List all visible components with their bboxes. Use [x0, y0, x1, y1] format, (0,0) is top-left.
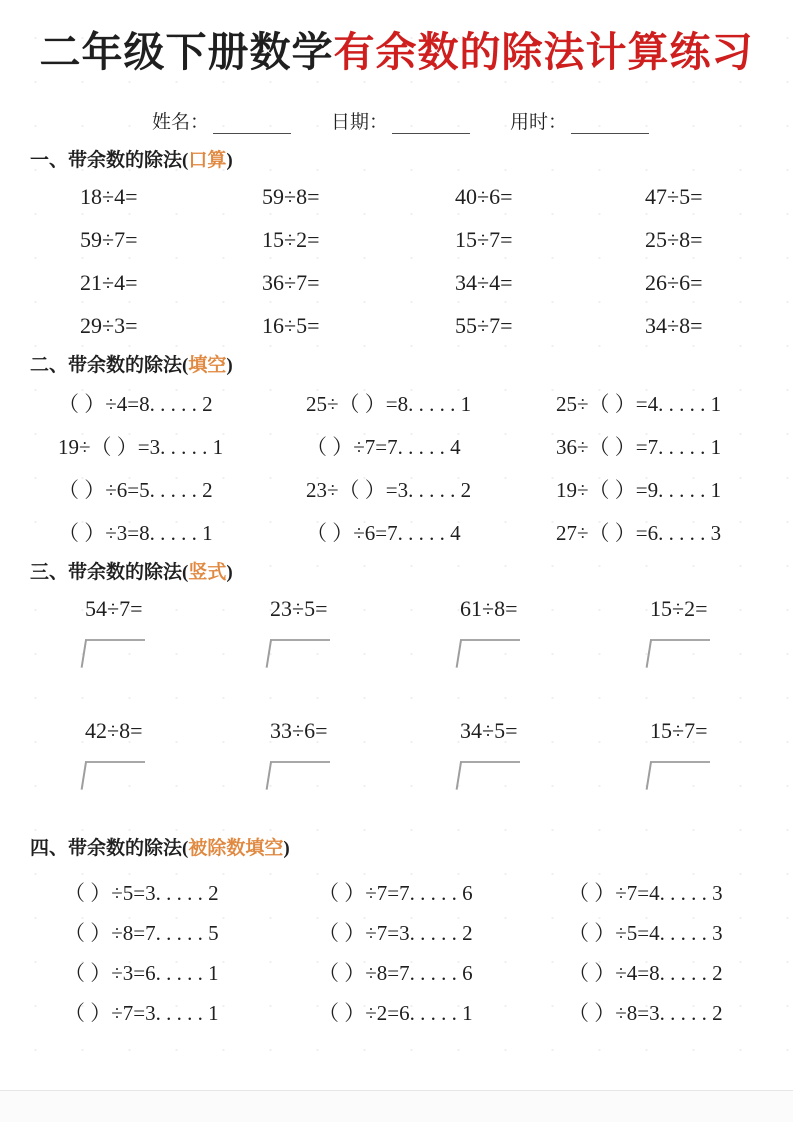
worksheet-title: 二年级下册数学有余数的除法计算练习: [0, 26, 793, 78]
section-2-heading-text: 二、带余数的除法(: [30, 355, 188, 376]
date-label: 日期：: [331, 112, 388, 134]
section-1-problems: 18÷4= 59÷8= 40÷6= 47÷5= 59÷7= 15÷2= 15÷7…: [80, 184, 793, 339]
math-expression: （ ）÷6=5. . . . . 2: [58, 477, 306, 503]
math-expression: （ ）÷5=4. . . . . 3: [568, 920, 793, 946]
name-label: 姓名：: [152, 112, 209, 134]
math-expression: 27÷（ ）=6. . . . . 3: [556, 520, 793, 546]
math-expression: （ ）÷2=6. . . . . 1: [318, 1000, 568, 1026]
math-expression: 15÷7=: [650, 718, 793, 744]
section-2-heading-close: ): [226, 355, 232, 376]
math-expression: 47÷5=: [645, 184, 793, 210]
section-3-heading-accent: 竖式: [188, 562, 226, 583]
vertical-form-cell: 34÷5=: [460, 718, 650, 790]
math-expression: 33÷6=: [270, 718, 460, 744]
math-expression: 61÷8=: [460, 596, 650, 622]
section-3-heading: 三、带余数的除法(竖式): [30, 562, 793, 584]
math-expression: 55÷7=: [455, 313, 645, 339]
math-expression: 42÷8=: [85, 718, 270, 744]
section-1-heading-accent: 口算: [188, 150, 226, 171]
math-expression: 23÷（ ）=3. . . . . 2: [306, 477, 556, 503]
math-expression: （ ）÷6=7. . . . . 4: [306, 520, 556, 546]
worksheet-page: 二年级下册数学有余数的除法计算练习 姓名： 日期： 用时： 一、带余数的除法(口…: [0, 0, 793, 1122]
section-2-heading: 二、带余数的除法(填空): [30, 355, 793, 377]
math-expression: 19÷（ ）=9. . . . . 1: [556, 477, 793, 503]
math-expression: 15÷7=: [455, 227, 645, 253]
section-3-heading-close: ): [226, 562, 232, 583]
math-expression: （ ）÷3=8. . . . . 1: [58, 520, 306, 546]
date-field: 日期：: [331, 112, 470, 134]
math-expression: 34÷4=: [455, 270, 645, 296]
math-expression: （ ）÷8=7. . . . . 5: [64, 920, 318, 946]
long-division-bracket: [270, 761, 330, 790]
math-expression: （ ）÷4=8. . . . . 2: [58, 391, 306, 417]
math-expression: 59÷7=: [80, 227, 262, 253]
math-expression: （ ）÷5=3. . . . . 2: [64, 880, 318, 906]
math-expression: 54÷7=: [85, 596, 270, 622]
duration-blank-line: [571, 117, 649, 134]
math-expression: 36÷7=: [262, 270, 455, 296]
name-blank-line: [213, 117, 291, 134]
math-expression: 34÷5=: [460, 718, 650, 744]
math-expression: 19÷（ ）=3. . . . . 1: [58, 434, 306, 460]
math-expression: 59÷8=: [262, 184, 455, 210]
math-expression: 15÷2=: [262, 227, 455, 253]
long-division-bracket: [460, 761, 520, 790]
name-field: 姓名：: [152, 112, 291, 134]
math-expression: 25÷（ ）=4. . . . . 1: [556, 391, 793, 417]
math-expression: （ ）÷7=7. . . . . 4: [306, 434, 556, 460]
math-expression: 34÷8=: [645, 313, 793, 339]
section-3-problems-row-2: 42÷8= 33÷6= 34÷5= 15÷7=: [85, 718, 793, 790]
section-2-heading-accent: 填空: [188, 355, 226, 376]
vertical-form-cell: 15÷7=: [650, 718, 793, 790]
long-division-bracket: [270, 639, 330, 668]
math-expression: 29÷3=: [80, 313, 262, 339]
math-expression: 16÷5=: [262, 313, 455, 339]
math-expression: 15÷2=: [650, 596, 793, 622]
math-expression: （ ）÷7=3. . . . . 1: [64, 1000, 318, 1026]
section-3-problems-row-1: 54÷7= 23÷5= 61÷8= 15÷2=: [85, 596, 793, 668]
section-4-heading-close: ): [283, 838, 289, 859]
vertical-form-cell: 23÷5=: [270, 596, 460, 668]
math-expression: 23÷5=: [270, 596, 460, 622]
vertical-form-cell: 42÷8=: [85, 718, 270, 790]
section-3-heading-text: 三、带余数的除法(: [30, 562, 188, 583]
long-division-bracket: [650, 761, 710, 790]
math-expression: 25÷8=: [645, 227, 793, 253]
section-4-heading-text: 四、带余数的除法(: [30, 838, 188, 859]
long-division-bracket: [650, 639, 710, 668]
page-bottom-edge: [0, 1090, 793, 1122]
section-1-heading-close: ): [226, 150, 232, 171]
title-highlight: 有余数的除法计算练习: [334, 29, 754, 75]
section-4-heading-accent: 被除数填空: [188, 838, 283, 859]
section-1-heading-text: 一、带余数的除法(: [30, 150, 188, 171]
math-expression: 25÷（ ）=8. . . . . 1: [306, 391, 556, 417]
long-division-bracket: [85, 761, 145, 790]
section-1-heading: 一、带余数的除法(口算): [30, 150, 793, 172]
duration-label: 用时：: [510, 112, 567, 134]
math-expression: （ ）÷7=7. . . . . 6: [318, 880, 568, 906]
math-expression: 21÷4=: [80, 270, 262, 296]
math-expression: （ ）÷4=8. . . . . 2: [568, 960, 793, 986]
math-expression: 40÷6=: [455, 184, 645, 210]
section-4-heading: 四、带余数的除法(被除数填空): [30, 838, 793, 860]
title-main: 二年级下册数学: [40, 29, 334, 75]
math-expression: （ ）÷8=3. . . . . 2: [568, 1000, 793, 1026]
math-expression: 26÷6=: [645, 270, 793, 296]
vertical-form-cell: 15÷2=: [650, 596, 793, 668]
long-division-bracket: [85, 639, 145, 668]
math-expression: 18÷4=: [80, 184, 262, 210]
math-expression: （ ）÷7=4. . . . . 3: [568, 880, 793, 906]
date-blank-line: [392, 117, 470, 134]
math-expression: （ ）÷3=6. . . . . 1: [64, 960, 318, 986]
math-expression: （ ）÷8=7. . . . . 6: [318, 960, 568, 986]
math-expression: 36÷（ ）=7. . . . . 1: [556, 434, 793, 460]
vertical-form-cell: 61÷8=: [460, 596, 650, 668]
long-division-bracket: [460, 639, 520, 668]
section-2-problems: （ ）÷4=8. . . . . 2 25÷（ ）=8. . . . . 1 2…: [58, 391, 793, 546]
duration-field: 用时：: [510, 112, 649, 134]
vertical-form-cell: 33÷6=: [270, 718, 460, 790]
student-info-row: 姓名： 日期： 用时：: [152, 112, 793, 134]
math-expression: （ ）÷7=3. . . . . 2: [318, 920, 568, 946]
vertical-form-cell: 54÷7=: [85, 596, 270, 668]
section-4-problems: （ ）÷5=3. . . . . 2 （ ）÷7=7. . . . . 6 （ …: [64, 880, 793, 1026]
